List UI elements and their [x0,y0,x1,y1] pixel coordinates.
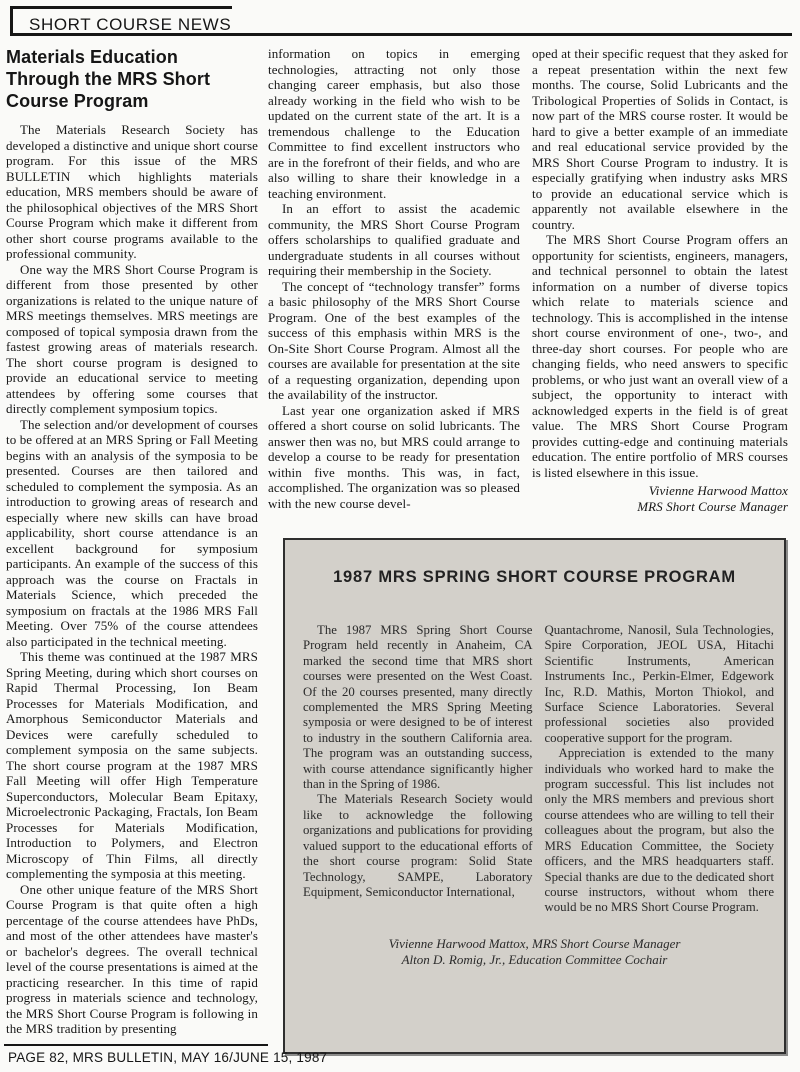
article-title-line: Course Program [6,90,258,112]
byline-name: Vivienne Harwood Mattox [532,483,788,499]
article-paragraph: One other unique feature of the MRS Shor… [6,882,258,1037]
article-paragraph: In an effort to assist the academic comm… [268,201,520,279]
section-header: SHORT COURSE NEWS [10,6,232,33]
program-box: 1987 MRS SPRING SHORT COURSE PROGRAM The… [283,538,786,1054]
program-box-column-2: Quantachrome, Nanosil, Sula Technologies… [545,623,775,916]
footer-divider [4,1044,268,1046]
program-box-paragraph: Quantachrome, Nanosil, Sula Technologies… [545,623,775,746]
signature-line-2: Alton D. Romig, Jr., Education Committee… [285,952,784,969]
bulletin-page: SHORT COURSE NEWS Materials Education Th… [0,0,800,1072]
article-paragraph: information on topics in emerging techno… [268,46,520,201]
article-paragraph: This theme was continued at the 1987 MRS… [6,649,258,882]
article-paragraph: The concept of “technology transfer” for… [268,279,520,403]
article-paragraph: The Materials Research Society has devel… [6,122,258,262]
article-paragraph: The MRS Short Course Program offers an o… [532,232,788,480]
article-column-1: Materials Education Through the MRS Shor… [6,46,258,1037]
program-box-title: 1987 MRS SPRING SHORT COURSE PROGRAM [293,568,776,587]
program-box-signature: Vivienne Harwood Mattox, MRS Short Cours… [285,936,784,969]
article-column-2: information on topics in emerging techno… [268,46,520,511]
article-title-line: Materials Education [6,46,258,68]
program-box-paragraph: The 1987 MRS Spring Short Course Program… [303,623,533,792]
program-box-column-1: The 1987 MRS Spring Short Course Program… [303,623,533,916]
article-paragraph: The selection and/or development of cour… [6,417,258,650]
article-paragraph: One way the MRS Short Course Program is … [6,262,258,417]
article-title: Materials Education Through the MRS Shor… [6,46,258,112]
article-byline: Vivienne Harwood Mattox MRS Short Course… [532,483,788,515]
article-paragraph: Last year one organization asked if MRS … [268,403,520,512]
byline-role: MRS Short Course Manager [532,499,788,515]
footer-text: PAGE 82, MRS BULLETIN, MAY 16/JUNE 15, 1… [8,1050,327,1065]
article-title-line: Through the MRS Short [6,68,258,90]
header-divider [10,33,792,36]
program-box-paragraph: Appreciation is extended to the many ind… [545,746,775,915]
article-column-3: oped at their specific request that they… [532,46,788,515]
program-box-paragraph: The Materials Research Society would lik… [303,792,533,900]
program-box-columns: The 1987 MRS Spring Short Course Program… [303,623,774,916]
signature-line-1: Vivienne Harwood Mattox, MRS Short Cours… [285,936,784,953]
article-paragraph: oped at their specific request that they… [532,46,788,232]
